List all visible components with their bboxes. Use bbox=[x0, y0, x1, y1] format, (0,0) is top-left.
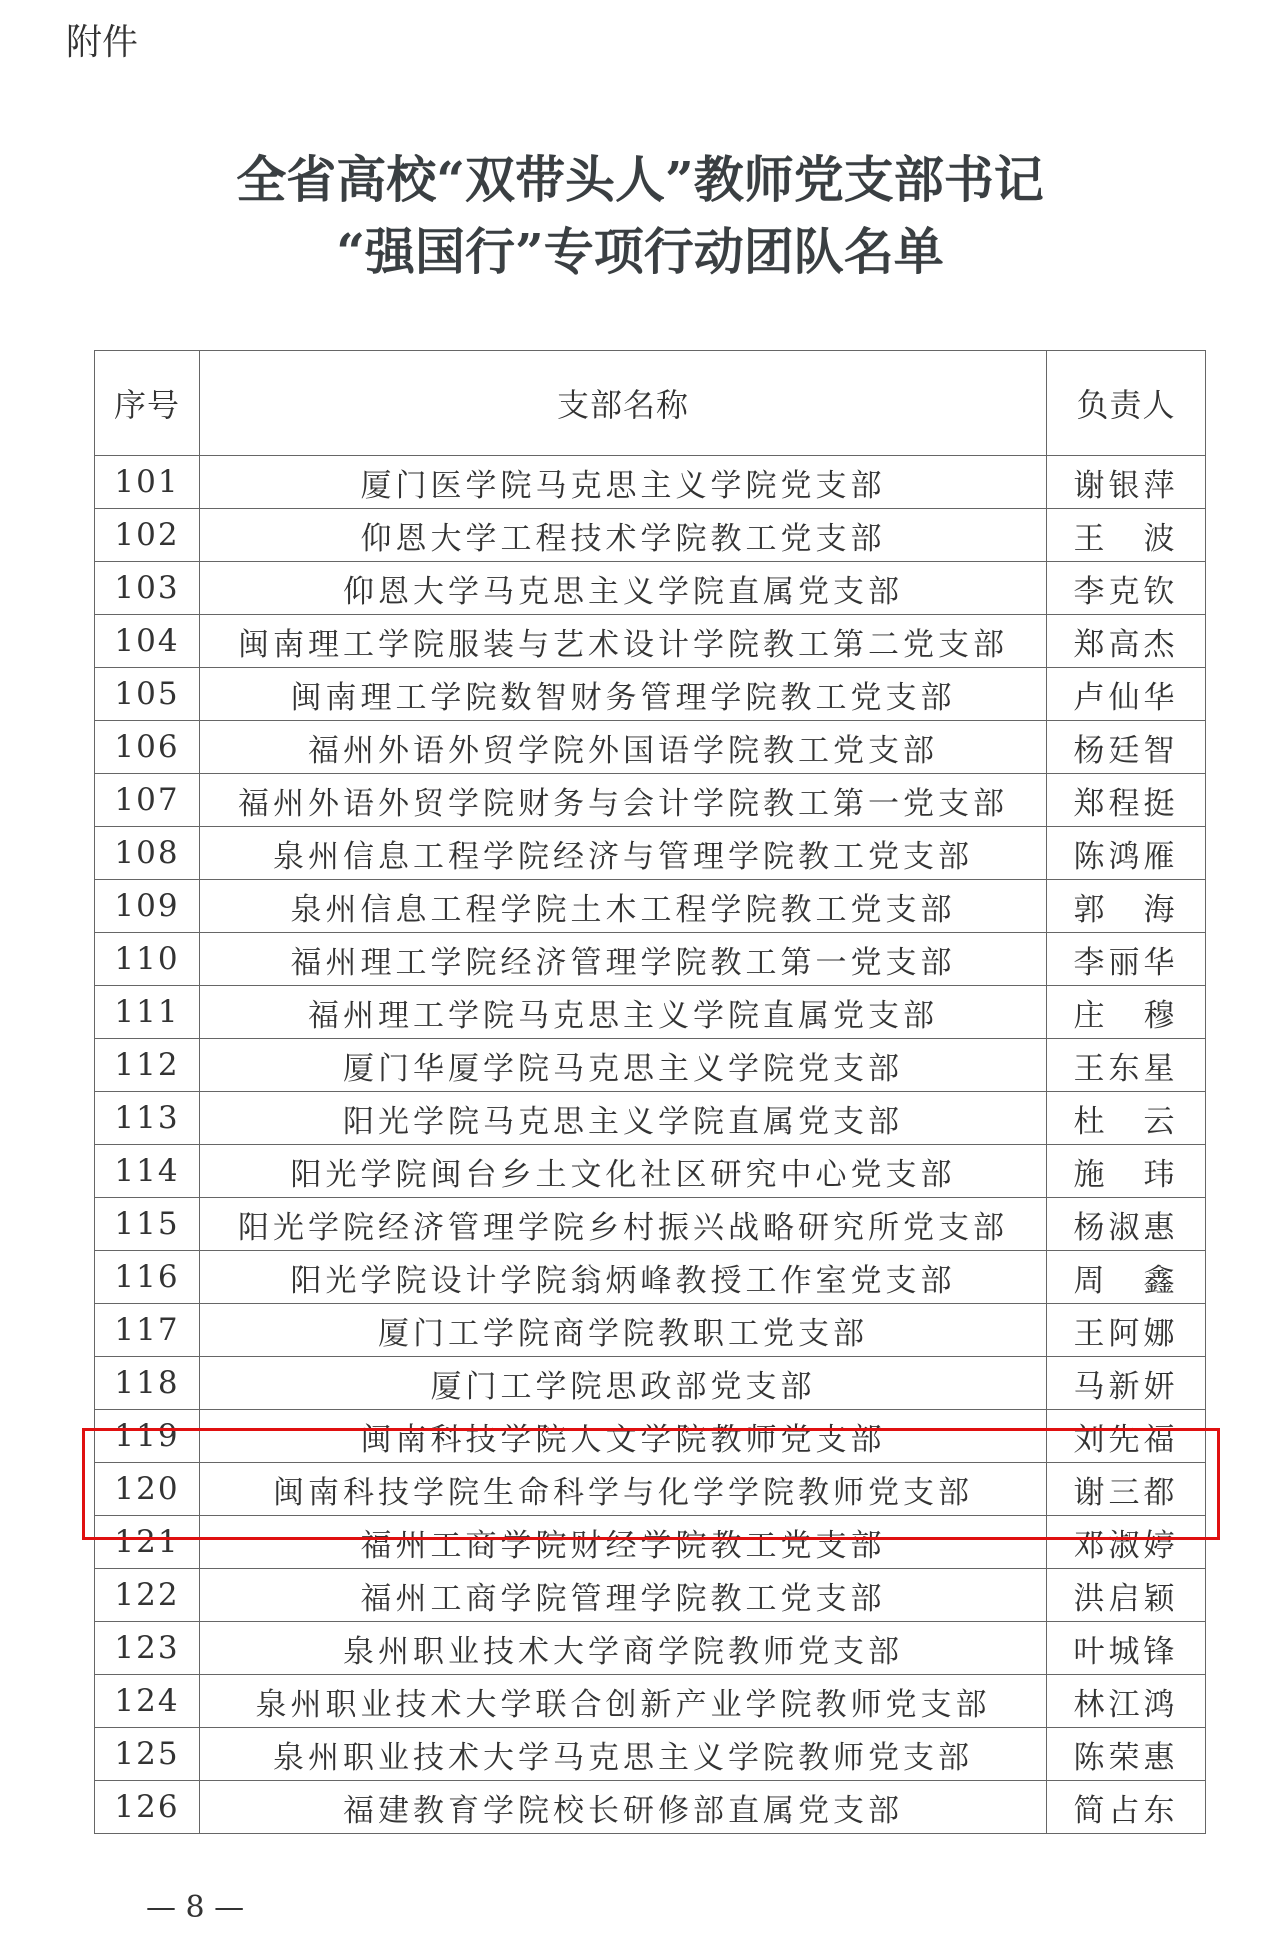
table-row: 122福州工商学院管理学院教工党支部洪启颖 bbox=[95, 1569, 1206, 1622]
branch-name: 闽南理工学院服装与艺术设计学院教工第二党支部 bbox=[200, 615, 1047, 668]
table-row: 126福建教育学院校长研修部直属党支部简占东 bbox=[95, 1781, 1206, 1834]
branch-name: 泉州职业技术大学联合创新产业学院教师党支部 bbox=[200, 1675, 1047, 1728]
table-row: 113阳光学院马克思主义学院直属党支部杜 云 bbox=[95, 1092, 1206, 1145]
table-row: 103仰恩大学马克思主义学院直属党支部李克钦 bbox=[95, 562, 1206, 615]
branch-name: 阳光学院经济管理学院乡村振兴战略研究所党支部 bbox=[200, 1198, 1047, 1251]
row-index: 117 bbox=[95, 1304, 200, 1357]
branch-name: 福州外语外贸学院外国语学院教工党支部 bbox=[200, 721, 1047, 774]
branch-name: 福州理工学院马克思主义学院直属党支部 bbox=[200, 986, 1047, 1039]
title-line-2: “强国行”专项行动团队名单 bbox=[0, 212, 1280, 284]
attachment-label: 附件 bbox=[66, 14, 138, 65]
branch-name: 阳光学院闽台乡土文化社区研究中心党支部 bbox=[200, 1145, 1047, 1198]
row-index: 123 bbox=[95, 1622, 200, 1675]
leader-name: 杜 云 bbox=[1047, 1092, 1206, 1145]
team-list-table: 序号 支部名称 负责人 101厦门医学院马克思主义学院党支部谢银萍102仰恩大学… bbox=[94, 350, 1206, 1834]
row-index: 106 bbox=[95, 721, 200, 774]
branch-name: 阳光学院马克思主义学院直属党支部 bbox=[200, 1092, 1047, 1145]
highlight-box bbox=[82, 1428, 1220, 1540]
branch-name: 仰恩大学马克思主义学院直属党支部 bbox=[200, 562, 1047, 615]
row-index: 110 bbox=[95, 933, 200, 986]
header-leader: 负责人 bbox=[1047, 351, 1206, 456]
table-row: 108泉州信息工程学院经济与管理学院教工党支部陈鸿雁 bbox=[95, 827, 1206, 880]
row-index: 113 bbox=[95, 1092, 200, 1145]
leader-name: 王 波 bbox=[1047, 509, 1206, 562]
leader-name: 杨淑惠 bbox=[1047, 1198, 1206, 1251]
table-row: 110福州理工学院经济管理学院教工第一党支部李丽华 bbox=[95, 933, 1206, 986]
row-index: 118 bbox=[95, 1357, 200, 1410]
leader-name: 简占东 bbox=[1047, 1781, 1206, 1834]
leader-name: 卢仙华 bbox=[1047, 668, 1206, 721]
leader-name: 周 鑫 bbox=[1047, 1251, 1206, 1304]
table-row: 118厦门工学院思政部党支部马新妍 bbox=[95, 1357, 1206, 1410]
row-index: 114 bbox=[95, 1145, 200, 1198]
row-index: 103 bbox=[95, 562, 200, 615]
branch-name: 泉州信息工程学院土木工程学院教工党支部 bbox=[200, 880, 1047, 933]
leader-name: 施 玮 bbox=[1047, 1145, 1206, 1198]
table-row: 125泉州职业技术大学马克思主义学院教师党支部陈荣惠 bbox=[95, 1728, 1206, 1781]
leader-name: 陈鸿雁 bbox=[1047, 827, 1206, 880]
page-number: — 8 — bbox=[146, 1890, 244, 1925]
table-row: 104闽南理工学院服装与艺术设计学院教工第二党支部郑高杰 bbox=[95, 615, 1206, 668]
table-row: 109泉州信息工程学院土木工程学院教工党支部郭 海 bbox=[95, 880, 1206, 933]
row-index: 124 bbox=[95, 1675, 200, 1728]
header-branch: 支部名称 bbox=[200, 351, 1047, 456]
leader-name: 庄 穆 bbox=[1047, 986, 1206, 1039]
row-index: 102 bbox=[95, 509, 200, 562]
table-row: 112厦门华厦学院马克思主义学院党支部王东星 bbox=[95, 1039, 1206, 1092]
table-row: 114阳光学院闽台乡土文化社区研究中心党支部施 玮 bbox=[95, 1145, 1206, 1198]
leader-name: 李克钦 bbox=[1047, 562, 1206, 615]
row-index: 104 bbox=[95, 615, 200, 668]
row-index: 112 bbox=[95, 1039, 200, 1092]
branch-name: 泉州信息工程学院经济与管理学院教工党支部 bbox=[200, 827, 1047, 880]
table-row: 101厦门医学院马克思主义学院党支部谢银萍 bbox=[95, 456, 1206, 509]
table-row: 106福州外语外贸学院外国语学院教工党支部杨廷智 bbox=[95, 721, 1206, 774]
row-index: 107 bbox=[95, 774, 200, 827]
table-row: 105闽南理工学院数智财务管理学院教工党支部卢仙华 bbox=[95, 668, 1206, 721]
leader-name: 洪启颖 bbox=[1047, 1569, 1206, 1622]
leader-name: 杨廷智 bbox=[1047, 721, 1206, 774]
leader-name: 谢银萍 bbox=[1047, 456, 1206, 509]
leader-name: 郑高杰 bbox=[1047, 615, 1206, 668]
row-index: 109 bbox=[95, 880, 200, 933]
table-row: 116阳光学院设计学院翁炳峰教授工作室党支部周 鑫 bbox=[95, 1251, 1206, 1304]
branch-name: 福建教育学院校长研修部直属党支部 bbox=[200, 1781, 1047, 1834]
row-index: 115 bbox=[95, 1198, 200, 1251]
branch-name: 闽南理工学院数智财务管理学院教工党支部 bbox=[200, 668, 1047, 721]
branch-name: 泉州职业技术大学马克思主义学院教师党支部 bbox=[200, 1728, 1047, 1781]
row-index: 125 bbox=[95, 1728, 200, 1781]
leader-name: 王东星 bbox=[1047, 1039, 1206, 1092]
table-row: 107福州外语外贸学院财务与会计学院教工第一党支部郑程挺 bbox=[95, 774, 1206, 827]
leader-name: 王阿娜 bbox=[1047, 1304, 1206, 1357]
leader-name: 马新妍 bbox=[1047, 1357, 1206, 1410]
header-index: 序号 bbox=[95, 351, 200, 456]
leader-name: 郑程挺 bbox=[1047, 774, 1206, 827]
row-index: 122 bbox=[95, 1569, 200, 1622]
branch-name: 厦门华厦学院马克思主义学院党支部 bbox=[200, 1039, 1047, 1092]
branch-name: 阳光学院设计学院翁炳峰教授工作室党支部 bbox=[200, 1251, 1047, 1304]
branch-name: 福州理工学院经济管理学院教工第一党支部 bbox=[200, 933, 1047, 986]
branch-name: 福州工商学院管理学院教工党支部 bbox=[200, 1569, 1047, 1622]
row-index: 101 bbox=[95, 456, 200, 509]
table-row: 123泉州职业技术大学商学院教师党支部叶城锋 bbox=[95, 1622, 1206, 1675]
row-index: 126 bbox=[95, 1781, 200, 1834]
branch-name: 厦门工学院商学院教职工党支部 bbox=[200, 1304, 1047, 1357]
branch-name: 福州外语外贸学院财务与会计学院教工第一党支部 bbox=[200, 774, 1047, 827]
branch-name: 泉州职业技术大学商学院教师党支部 bbox=[200, 1622, 1047, 1675]
leader-name: 叶城锋 bbox=[1047, 1622, 1206, 1675]
table-row: 115阳光学院经济管理学院乡村振兴战略研究所党支部杨淑惠 bbox=[95, 1198, 1206, 1251]
leader-name: 林江鸿 bbox=[1047, 1675, 1206, 1728]
row-index: 111 bbox=[95, 986, 200, 1039]
table-row: 117厦门工学院商学院教职工党支部王阿娜 bbox=[95, 1304, 1206, 1357]
table-row: 102仰恩大学工程技术学院教工党支部王 波 bbox=[95, 509, 1206, 562]
branch-name: 厦门工学院思政部党支部 bbox=[200, 1357, 1047, 1410]
leader-name: 郭 海 bbox=[1047, 880, 1206, 933]
branch-name: 仰恩大学工程技术学院教工党支部 bbox=[200, 509, 1047, 562]
branch-name: 厦门医学院马克思主义学院党支部 bbox=[200, 456, 1047, 509]
title-line-1: 全省高校“双带头人”教师党支部书记 bbox=[0, 140, 1280, 212]
row-index: 105 bbox=[95, 668, 200, 721]
row-index: 108 bbox=[95, 827, 200, 880]
row-index: 116 bbox=[95, 1251, 200, 1304]
leader-name: 陈荣惠 bbox=[1047, 1728, 1206, 1781]
table-row: 111福州理工学院马克思主义学院直属党支部庄 穆 bbox=[95, 986, 1206, 1039]
leader-name: 李丽华 bbox=[1047, 933, 1206, 986]
table-row: 124泉州职业技术大学联合创新产业学院教师党支部林江鸿 bbox=[95, 1675, 1206, 1728]
